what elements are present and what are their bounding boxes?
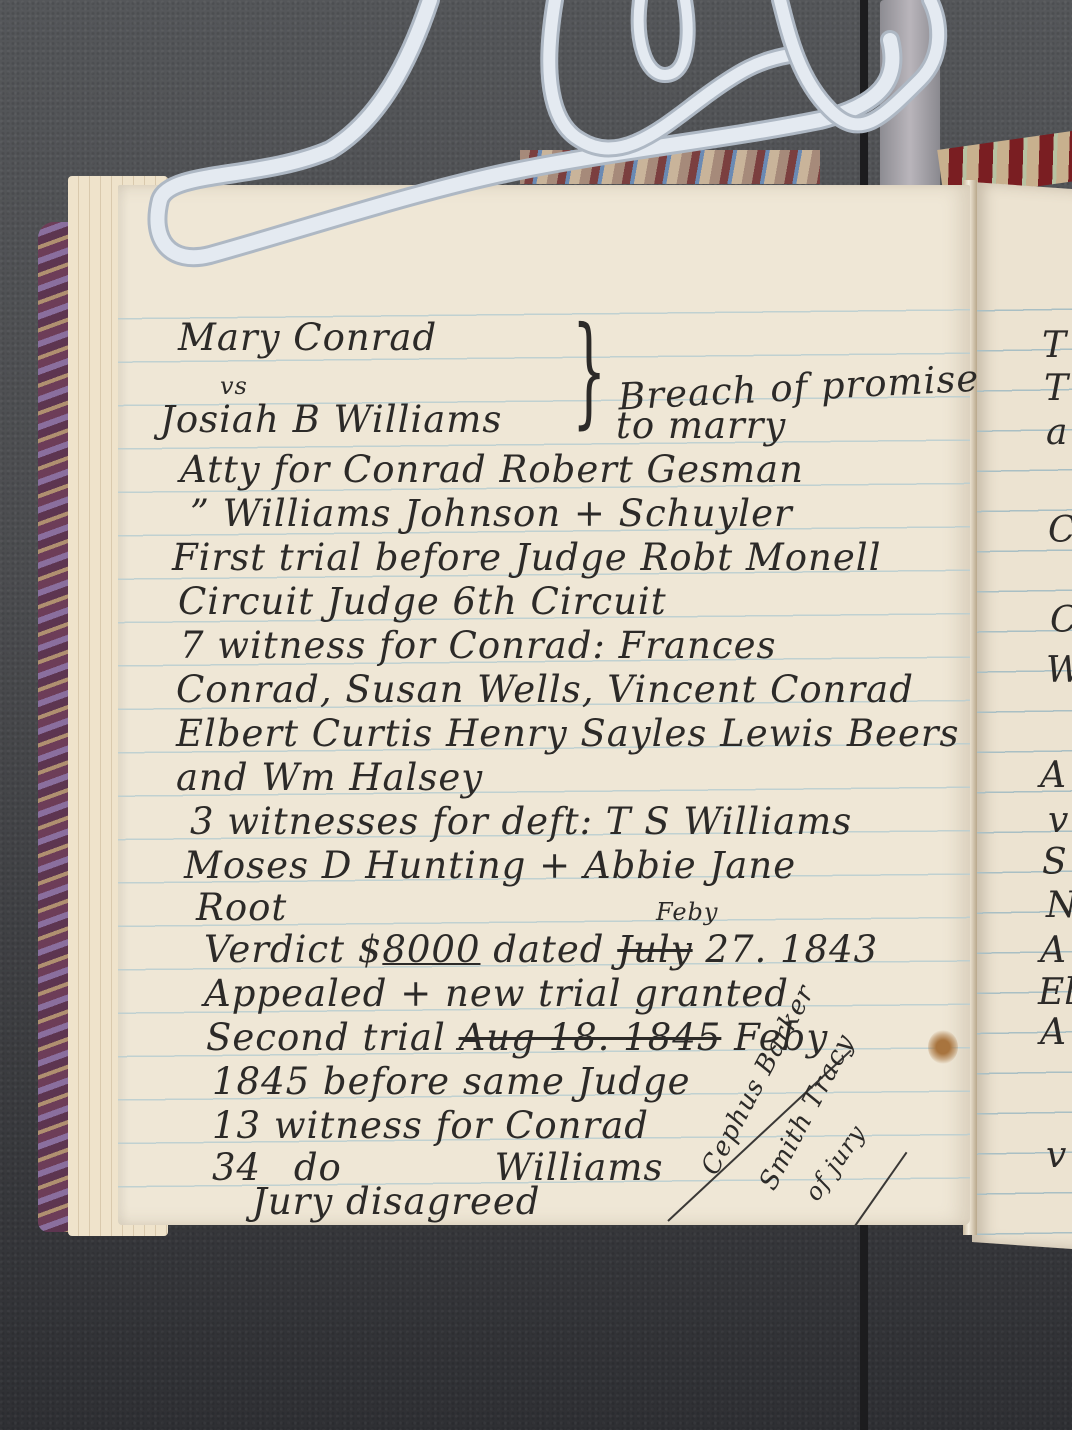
facing-letter: C bbox=[1050, 600, 1072, 641]
witnesses-defendant: 3 witnesses for deft: T S Williams bbox=[190, 800, 852, 843]
witness-list-3: and Wm Halsey bbox=[176, 756, 483, 799]
witness-list-1: Conrad, Susan Wells, Vincent Conrad bbox=[176, 668, 914, 711]
second-trial-prefix: Second trial bbox=[206, 1016, 446, 1059]
facing-letter: El bbox=[1038, 972, 1072, 1013]
defendant-name: Josiah B Williams bbox=[160, 398, 502, 441]
action-line-2: to marry bbox=[616, 404, 786, 447]
verdict-amount: 8000 bbox=[382, 928, 480, 971]
facing-letter: A bbox=[1040, 755, 1066, 796]
appeal-line: Appealed + new trial granted bbox=[204, 972, 789, 1015]
facing-letter: T bbox=[1042, 325, 1066, 366]
second-trial-line: Second trial Aug 18. 1845 Feby bbox=[206, 1016, 828, 1059]
facing-letter: a bbox=[1046, 412, 1067, 453]
marbled-cover-top bbox=[520, 150, 820, 184]
witnesses-second-conrad: 13 witness for Conrad bbox=[212, 1104, 649, 1147]
defendant-witness-list: Moses D Hunting + Abbie Jane bbox=[184, 844, 796, 887]
circuit-judge: Circuit Judge 6th Circuit bbox=[178, 580, 667, 623]
facing-letter: S bbox=[1042, 842, 1067, 883]
facing-letter: N bbox=[1046, 885, 1072, 926]
facing-letter: v bbox=[1046, 1135, 1066, 1176]
first-trial: First trial before Judge Robt Monell bbox=[172, 536, 881, 579]
book-support-block bbox=[880, 0, 940, 200]
facing-letter: C bbox=[1048, 510, 1072, 551]
facing-letter: v bbox=[1048, 800, 1068, 841]
verdict-date: 27. 1843 bbox=[705, 928, 878, 971]
ink-stain bbox=[928, 1030, 958, 1064]
witness-list-2: Elbert Curtis Henry Sayles Lewis Beers bbox=[176, 712, 960, 755]
facing-letter: T bbox=[1044, 368, 1068, 409]
defendant-witness-cont: Root bbox=[196, 886, 287, 929]
facing-letter: W bbox=[1046, 650, 1072, 691]
verdict-prefix: Verdict $ bbox=[204, 928, 382, 971]
witnesses-conrad: 7 witness for Conrad: Frances bbox=[180, 624, 776, 667]
verdict-dated: dated bbox=[493, 928, 604, 971]
second-trial-year: 1845 before same Judge bbox=[212, 1060, 691, 1103]
facing-letter: A bbox=[1040, 930, 1066, 971]
second-trial-struck-date: Aug 18. 1845 bbox=[459, 1016, 722, 1059]
versus-label: vs bbox=[220, 372, 248, 400]
verdict-struck-month: July bbox=[617, 928, 692, 971]
attorney-conrad: Atty for Conrad Robert Gesman bbox=[180, 448, 804, 491]
verdict-line: Verdict $8000 dated July 27. 1843 bbox=[204, 928, 878, 971]
plaintiff-name: Mary Conrad bbox=[178, 316, 437, 359]
case-brace: } bbox=[572, 312, 606, 432]
attorney-williams: ” Williams Johnson + Schuyler bbox=[190, 492, 793, 535]
jury-outcome: Jury disagreed bbox=[252, 1180, 540, 1223]
facing-letter: A bbox=[1040, 1012, 1066, 1053]
verdict-inserted-month: Feby bbox=[656, 898, 718, 926]
